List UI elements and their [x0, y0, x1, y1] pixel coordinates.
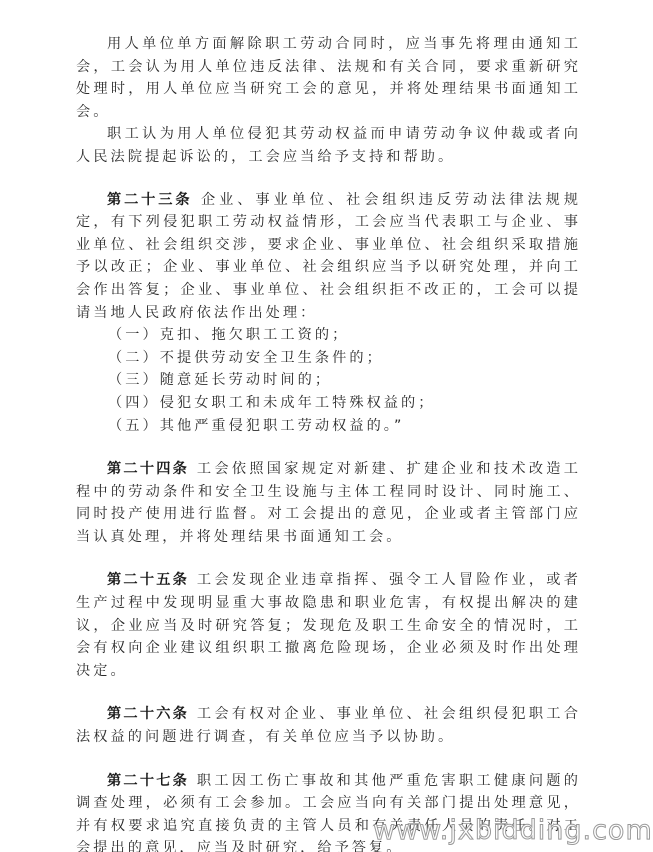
list-item: （一）克扣、拖欠职工工资的； — [108, 324, 581, 347]
document-page: 用人单位单方面解除职工劳动合同时，应当事先将理由通知工会，工会认为用人单位违反法… — [76, 33, 581, 852]
list-item: （二）不提供劳动安全卫生条件的； — [108, 347, 581, 370]
article-25: 第二十五条 工会发现企业违章指挥、强令工人冒险作业，或者生产过程中发现明显重大事… — [76, 569, 581, 682]
article-title: 第二十三条 — [107, 192, 192, 208]
article-24: 第二十四条 工会依照国家规定对新建、扩建企业和技术改造工程中的劳动条件和安全卫生… — [76, 458, 581, 548]
article-title: 第二十六条 — [107, 706, 189, 722]
list-item: （三）随意延长劳动时间的； — [108, 369, 581, 392]
article-title: 第二十五条 — [107, 572, 189, 588]
watermark: www.jxbidding.com — [373, 815, 653, 846]
article-26: 第二十六条 工会有权对企业、事业单位、社会组织侵犯职工合法权益的问题进行调查，有… — [76, 703, 581, 748]
article-title: 第二十四条 — [107, 461, 189, 477]
list-item: （五）其他严重侵犯职工劳动权益的。” — [108, 415, 581, 438]
article-body: 企业、事业单位、社会组织违反劳动法律法规规定，有下列侵犯职工劳动权益情形，工会应… — [76, 192, 581, 321]
article-title: 第二十七条 — [107, 773, 189, 789]
intro-paragraph: 用人单位单方面解除职工劳动合同时，应当事先将理由通知工会，工会认为用人单位违反法… — [76, 33, 581, 123]
list-item: （四）侵犯女职工和未成年工特殊权益的； — [108, 392, 581, 415]
article-23: 第二十三条 企业、事业单位、社会组织违反劳动法律法规规定，有下列侵犯职工劳动权益… — [76, 189, 581, 325]
intro-paragraph: 职工认为用人单位侵犯其劳动权益而申请劳动争议仲裁或者向人民法院提起诉讼的，工会应… — [76, 123, 581, 168]
